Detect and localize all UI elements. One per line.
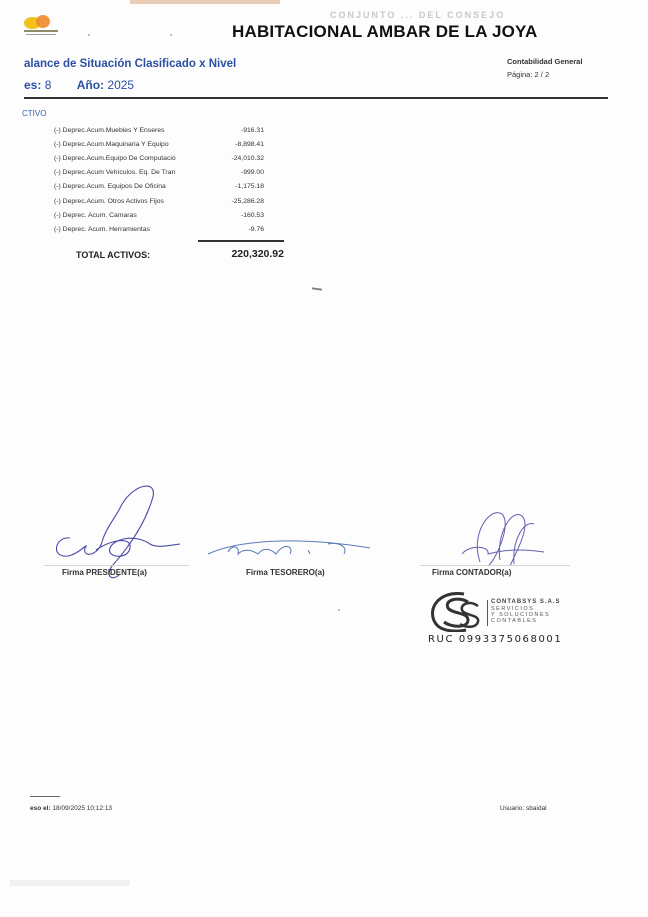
account-name: (-) Deprec.Acum.Equipo De Computació bbox=[54, 155, 176, 162]
faded-header-text: CONJUNTO ... DEL CONSEJO bbox=[330, 10, 580, 18]
speck bbox=[88, 34, 90, 36]
accountant-sign-label: Firma CONTADOR(a) bbox=[432, 568, 511, 577]
page-number: Página: 2 / 2 bbox=[507, 70, 549, 79]
stamp-tagline: SERVICIOS Y SOLUCIONES CONTABLES bbox=[491, 607, 571, 624]
organization-logo-icon bbox=[24, 15, 58, 41]
account-name: (-) Deprec. Acum. Herramientas bbox=[54, 226, 150, 233]
report-period: es: 8 Año: 2025 bbox=[24, 78, 134, 92]
scan-smudge bbox=[130, 0, 280, 4]
header-divider bbox=[24, 97, 608, 99]
department: Contabilidad General bbox=[507, 57, 582, 66]
account-row: (-) Deprec.Acum. Equipos De Oficina-1,17… bbox=[54, 180, 264, 194]
total-divider bbox=[198, 240, 284, 242]
account-amount: -24,010.32 bbox=[231, 155, 264, 162]
account-row: (-) Deprec.Acum.Maquinaria Y Equipo-8,89… bbox=[54, 137, 264, 151]
account-row: (-) Deprec.Acum.Equipo De Computació-24,… bbox=[54, 151, 264, 165]
account-amount: -160.53 bbox=[241, 212, 264, 219]
account-amount: -999.00 bbox=[241, 169, 264, 176]
user-info: Usuario: sbaidal bbox=[500, 805, 547, 812]
speck bbox=[170, 34, 172, 36]
contabsys-stamp: CONTABSYS S.A.S SERVICIOS Y SOLUCIONES C… bbox=[428, 590, 573, 634]
account-name: (-) Deprec.Acum. Otros Activos Fijos bbox=[54, 198, 164, 205]
account-amount: -1,175.18 bbox=[235, 183, 264, 190]
account-row: (-) Deprec. Acum. Camaras-160.53 bbox=[54, 208, 264, 222]
account-row: (-) Deprec.Acum Vehículos. Eq. De Tran-9… bbox=[54, 166, 264, 180]
account-amount: -25,286.28 bbox=[231, 198, 264, 205]
account-row: (-) Deprec.Acum. Otros Activos Fijos-25,… bbox=[54, 194, 264, 208]
month-value: 8 bbox=[45, 78, 52, 92]
year-label: Año: bbox=[77, 78, 104, 92]
account-name: (-) Deprec. Acum. Camaras bbox=[54, 212, 137, 219]
footer-divider bbox=[30, 796, 60, 797]
account-name: (-) Deprec.Acum.Maquinaria Y Equipo bbox=[54, 141, 169, 148]
account-name: (-) Deprec.Acum.Muebles Y Enseres bbox=[54, 127, 164, 134]
account-row: (-) Deprec. Acum. Herramientas-9.76 bbox=[54, 222, 264, 236]
contabsys-logo-icon bbox=[428, 590, 484, 632]
total-label: TOTAL ACTIVOS: bbox=[76, 250, 150, 260]
account-name: (-) Deprec.Acum. Equipos De Oficina bbox=[54, 183, 166, 190]
printed-label: eso el: bbox=[30, 805, 51, 812]
stamp-ruc: RUC 0993375068001 bbox=[428, 634, 562, 645]
stamp-company: CONTABSYS S.A.S bbox=[491, 599, 561, 605]
company-name: HABITACIONAL AMBAR DE LA JOYA bbox=[232, 22, 538, 42]
speck bbox=[338, 609, 340, 611]
total-value: 220,320.92 bbox=[200, 248, 284, 260]
president-sign-line bbox=[44, 565, 189, 566]
account-list: (-) Deprec.Acum.Muebles Y Enseres-916.31… bbox=[54, 123, 264, 237]
user-value: sbaidal bbox=[526, 805, 547, 812]
treasurer-sign-label: Firma TESORERO(a) bbox=[246, 568, 325, 577]
section-title: CTIVO bbox=[22, 109, 46, 118]
account-amount: -9.76 bbox=[249, 226, 265, 233]
account-row: (-) Deprec.Acum.Muebles Y Enseres-916.31 bbox=[54, 123, 264, 137]
stamp-divider bbox=[487, 600, 488, 626]
page-value: 2 / 2 bbox=[535, 70, 550, 79]
year-value: 2025 bbox=[107, 78, 134, 92]
month-label: es: bbox=[24, 78, 41, 92]
scan-bleed bbox=[10, 880, 130, 886]
president-sign-label: Firma PRESIDENTE(a) bbox=[62, 568, 147, 577]
account-amount: -8,898.41 bbox=[235, 141, 264, 148]
accountant-sign-line bbox=[420, 565, 570, 566]
account-amount: -916.31 bbox=[241, 127, 264, 134]
stray-mark bbox=[312, 287, 322, 290]
account-name: (-) Deprec.Acum Vehículos. Eq. De Tran bbox=[54, 169, 175, 176]
report-title: alance de Situación Clasificado x Nivel bbox=[24, 58, 236, 70]
treasurer-signature bbox=[198, 532, 378, 568]
page-label: Página: bbox=[507, 70, 532, 79]
printed-at: eso el: 18/09/2025 10:12:13 bbox=[30, 805, 112, 812]
printed-value: 18/09/2025 10:12:13 bbox=[52, 805, 112, 812]
user-label: Usuario: bbox=[500, 805, 524, 812]
